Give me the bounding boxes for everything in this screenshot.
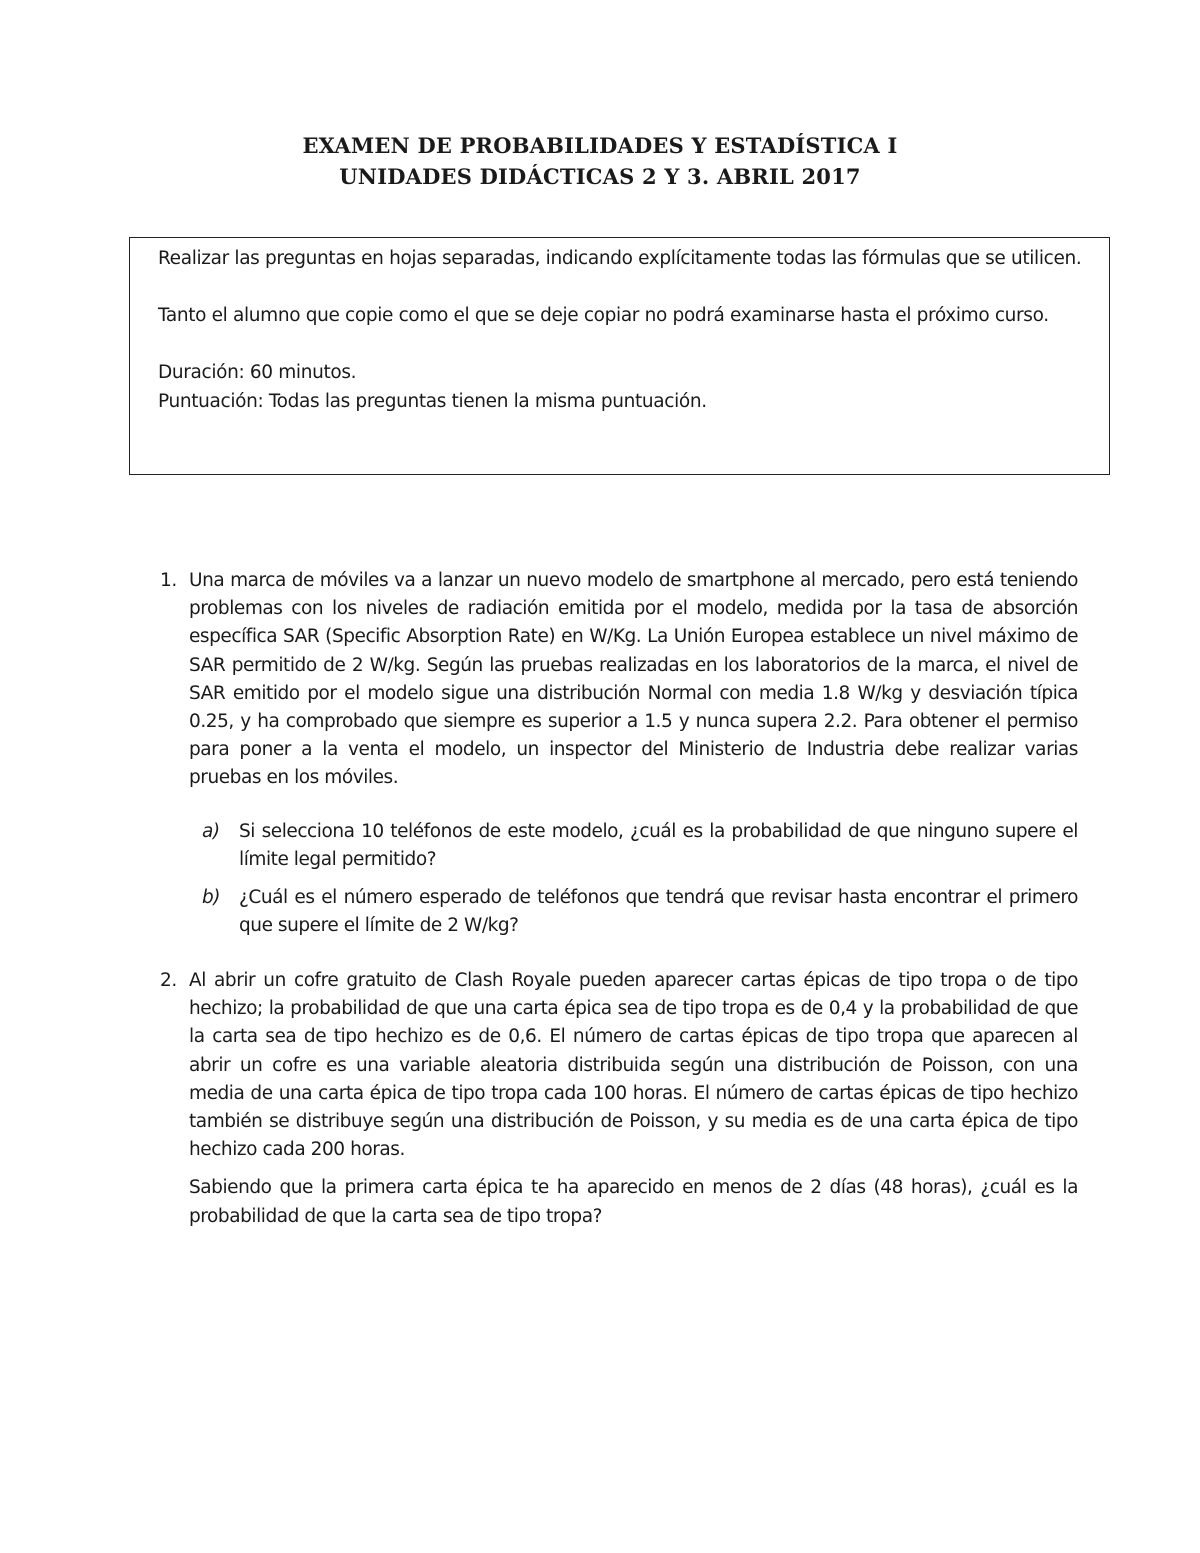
instruction-separate-sheets: Realizar las preguntas en hojas separada…	[158, 245, 1083, 274]
instruction-scoring: Puntuación: Todas las preguntas tienen l…	[158, 388, 1083, 417]
instruction-duration: Duración: 60 minutos.	[158, 359, 1083, 388]
question-text-followup: Sabiendo que la primera carta épica te h…	[189, 1174, 1078, 1230]
question-1: 1. Una marca de móviles va a lanzar un n…	[160, 567, 1078, 793]
part-label: a)	[202, 818, 220, 846]
question-1-part-b: b) ¿Cuál es el número esperado de teléfo…	[202, 884, 1078, 940]
part-label: b)	[202, 884, 220, 912]
question-number: 1.	[160, 567, 177, 595]
question-1-part-a: a) Si selecciona 10 teléfonos de este mo…	[202, 818, 1078, 874]
instructions-box: Realizar las preguntas en hojas separada…	[129, 237, 1110, 475]
part-text: Si selecciona 10 teléfonos de este model…	[239, 818, 1078, 874]
exam-subtitle: UNIDADES DIDÁCTICAS 2 Y 3. ABRIL 2017	[0, 161, 1200, 192]
instruction-copying: Tanto el alumno que copie como el que se…	[158, 302, 1083, 331]
question-number: 2.	[160, 967, 177, 995]
exam-title: EXAMEN DE PROBABILIDADES Y ESTADÍSTICA I	[0, 130, 1200, 161]
question-text: Al abrir un cofre gratuito de Clash Roya…	[189, 967, 1078, 1164]
part-text: ¿Cuál es el número esperado de teléfonos…	[239, 884, 1078, 940]
question-text: Una marca de móviles va a lanzar un nuev…	[189, 567, 1078, 793]
question-2: 2. Al abrir un cofre gratuito de Clash R…	[160, 967, 1078, 1231]
